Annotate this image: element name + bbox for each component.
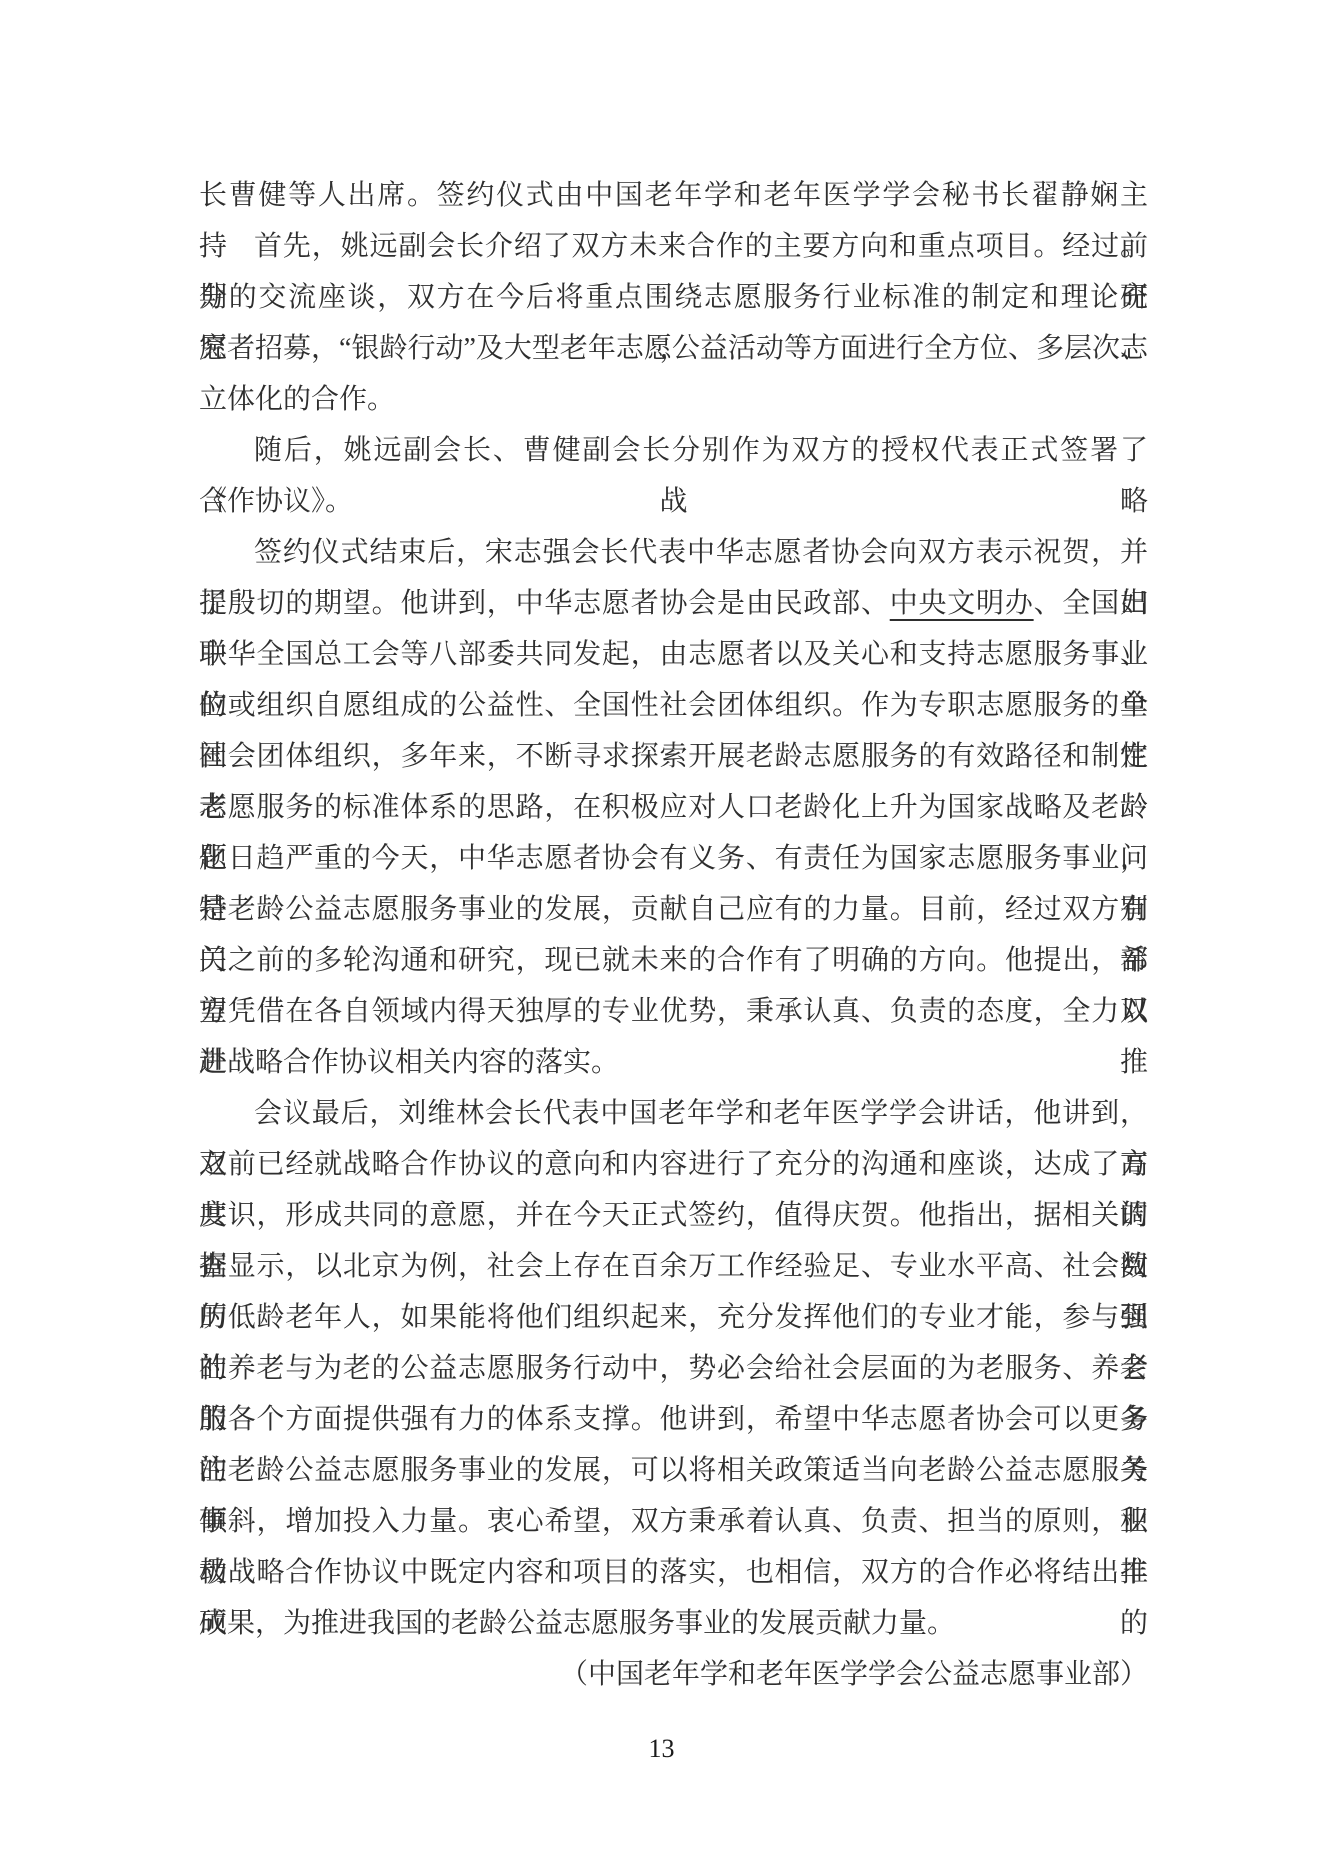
- text-line: 是老龄公益志愿服务事业的发展，贡献自己应有的力量。目前，经过双方有关部: [199, 884, 1148, 935]
- text-line: 动战略合作协议中既定内容和项目的落实，也相信，双方的合作必将结出丰硕的: [199, 1547, 1148, 1598]
- text-line: 方凭借在各自领域内得天独厚的专业优势，秉承认真、负责的态度，全力以赴推: [199, 986, 1148, 1037]
- document-page: 长曹健等人出席。签约仪式由中国老年学和老年医学学会秘书长翟静娴主持。首先，姚远副…: [0, 0, 1323, 1871]
- text-segment: 合作协议》。: [199, 486, 353, 517]
- text-line: 注老龄公益志愿服务事业的发展，可以将相关政策适当向老龄公益志愿服务事业: [199, 1445, 1148, 1496]
- text-segment: （中国老年学和老年医学学会公益志愿事业部）: [560, 1659, 1148, 1690]
- text-segment: 进战略合作协议相关内容的落实。: [199, 1047, 619, 1078]
- text-line: 题日趋严重的今天，中华志愿者协会有义务、有责任为国家志愿服务事业，特别: [199, 833, 1148, 884]
- text-line: 志愿服务的标准体系的思路，在积极应对人口老龄化上升为国家战略及老龄化问: [199, 782, 1148, 833]
- text-line: 立体化的合作。: [199, 374, 1148, 425]
- text-line: 之前已经就战略合作协议的意向和内容进行了充分的沟通和座谈，达成了高度的: [199, 1139, 1148, 1190]
- text-line: 分的交流座谈，双方在今后将重点围绕志愿服务行业标准的制定和理论研究，志: [199, 272, 1148, 323]
- text-line: 愿者招募，“银龄行动”及大型老年志愿公益活动等方面进行全方位、多层次、: [199, 323, 1148, 374]
- text-line: 首先，姚远副会长介绍了双方未来合作的主要方向和重点项目。经过前期充: [199, 221, 1148, 272]
- text-line: 的各个方面提供强有力的体系支撑。他讲到，希望中华志愿者协会可以更多的关: [199, 1394, 1148, 1445]
- text-line: （中国老年学和老年医学学会公益志愿事业部）: [199, 1649, 1148, 1700]
- text-line: 位或组织自愿组成的公益性、全国性社会团体组织。作为专职志愿服务的全国性: [199, 680, 1148, 731]
- text-line: 社会团体组织，多年来，不断寻求探索开展老龄志愿服务的有效路径和制定老龄: [199, 731, 1148, 782]
- text-line: 签约仪式结束后，宋志强会长代表中华志愿者协会向双方表示祝贺，并提出: [199, 527, 1148, 578]
- text-line: 共识，形成共同的意愿，并在今天正式签约，值得庆贺。他指出，据相关调查数: [199, 1190, 1148, 1241]
- text-line: 随后，姚远副会长、曹健副会长分别作为双方的授权代表正式签署了《战略: [199, 425, 1148, 476]
- document-body: 长曹健等人出席。签约仪式由中国老年学和老年医学学会秘书长翟静娴主持。首先，姚远副…: [199, 170, 1148, 1700]
- page-number: 13: [0, 1734, 1323, 1764]
- text-line: 据显示，以北京为例，社会上存在百余万工作经验足、专业水平高、社会阅历强: [199, 1241, 1148, 1292]
- text-line: 门之前的多轮沟通和研究，现已就未来的合作有了明确的方向。他提出，希望双: [199, 935, 1148, 986]
- text-line: 中华全国总工会等八部委共同发起，由志愿者以及关心和支持志愿服务事业的单: [199, 629, 1148, 680]
- text-line: 倾斜，增加投入力量。衷心希望，双方秉承着认真、负责、担当的原则，积极推: [199, 1496, 1148, 1547]
- text-segment: 立体化的合作。: [199, 384, 395, 415]
- underlined-text: 中央文明办: [890, 588, 1034, 619]
- text-line: 会议最后，刘维林会长代表中国老年学和老年医学学会讲话，他讲到，双方: [199, 1088, 1148, 1139]
- text-line: 了殷切的期望。他讲到，中华志愿者协会是由民政部、中央文明办、全国妇联、: [199, 578, 1148, 629]
- text-segment: 愿者招募，“银龄行动”及大型老年志愿公益活动等方面进行全方位、多层次、: [199, 333, 1148, 364]
- text-line: 长曹健等人出席。签约仪式由中国老年学和老年医学学会秘书长翟静娴主持。: [199, 170, 1148, 221]
- text-line: 的养老与为老的公益志愿服务行动中，势必会给社会层面的为老服务、养老服务: [199, 1343, 1148, 1394]
- text-segment: 了殷切的期望。他讲到，中华志愿者协会是由民政部、: [199, 588, 890, 619]
- text-line: 的低龄老年人，如果能将他们组织起来，充分发挥他们的专业才能，参与到社会: [199, 1292, 1148, 1343]
- text-segment: 成果，为推进我国的老龄公益志愿服务事业的发展贡献力量。: [199, 1608, 955, 1639]
